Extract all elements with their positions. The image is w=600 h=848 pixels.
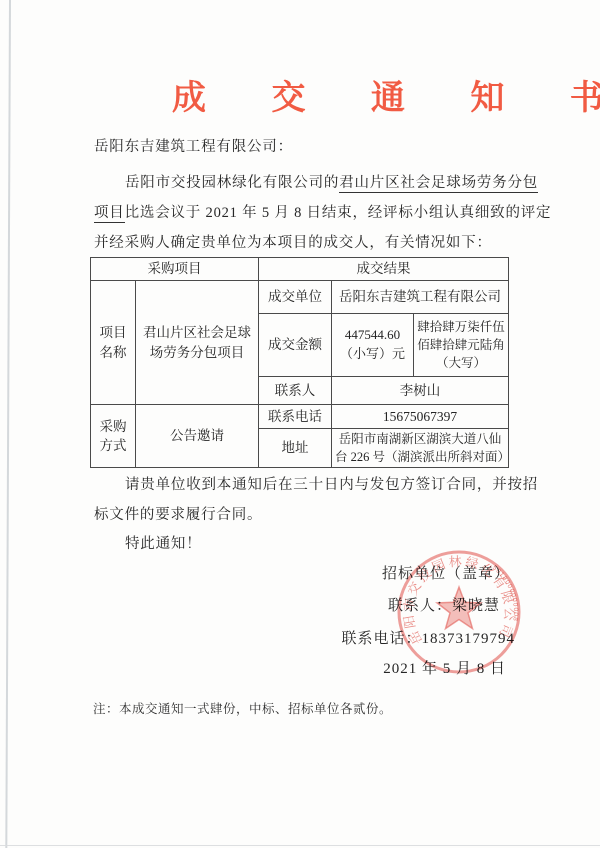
award-result-table: 采购项目 成交结果 项目名称 君山片区社会足球场劳务分包项目 成交单位 岳阳东吉… <box>90 257 509 468</box>
signature-phone-line: 联系电话：18373179794 <box>341 628 515 650</box>
method-label-cell: 采购方式 <box>91 405 136 468</box>
para2-rest: 比选会议于 2021 年 5 月 8 日结束，经评标小组认真细致的评定 <box>125 205 552 221</box>
contact-value-cell: 李树山 <box>332 377 509 405</box>
address-label-cell: 地址 <box>259 429 332 468</box>
phone-value-cell: 15675067397 <box>332 405 509 429</box>
amount-words-cell: 肆拾肆万柒仟伍佰肆拾肆元陆角（大写） <box>414 314 509 377</box>
para1-prefix: 岳阳市交投园林绿化有限公司的 <box>125 175 339 191</box>
phone-label-cell: 联系电话 <box>259 405 332 429</box>
table-row-phone: 采购方式 公告邀请 联系电话 15675067397 <box>91 405 509 429</box>
winner-value-cell: 岳阳东吉建筑工程有限公司 <box>332 281 509 314</box>
para1-underlined-project: 君山片区社会足球场劳务分包 <box>339 175 538 193</box>
scan-edge-artifact <box>5 0 11 848</box>
header-procurement-cell: 采购项目 <box>91 258 259 281</box>
para2-underlined-project: 项目 <box>94 205 125 223</box>
page-title: 成 交 通 知 书 <box>172 78 600 118</box>
closing-line-2: 标文件的要求履行合同。 <box>94 504 524 528</box>
header-result-cell: 成交结果 <box>259 258 509 281</box>
closing-line-3: 特此通知！ <box>125 533 555 557</box>
body-paragraph-line-3: 并经采购人确定贵单位为本项目的成交人，有关情况如下： <box>94 232 524 256</box>
amount-label-cell: 成交金额 <box>259 314 332 377</box>
closing-line-1: 请贵单位收到本通知后在三十日内与发包方签订合同，并按招 <box>94 474 555 498</box>
scan-bottom-artifact <box>0 845 600 846</box>
body-paragraph-line-2: 项目比选会议于 2021 年 5 月 8 日结束，经评标小组认真细致的评定 <box>94 202 524 226</box>
contact-label-cell: 联系人 <box>259 377 332 405</box>
body-paragraph-line-1: 岳阳市交投园林绿化有限公司的君山片区社会足球场劳务分包 <box>94 172 555 196</box>
signature-date-line: 2021 年 5 月 8 日 <box>383 658 506 680</box>
table-row-winner: 项目名称 君山片区社会足球场劳务分包项目 成交单位 岳阳东吉建筑工程有限公司 <box>91 281 509 314</box>
address-value-cell: 岳阳市南湖新区湖滨大道八仙台 226 号（湖滨派出所斜对面） <box>332 429 509 468</box>
signature-unit-line: 招标单位（盖章） <box>382 563 510 585</box>
document-page: 成 交 通 知 书 岳阳东吉建筑工程有限公司： 岳阳市交投园林绿化有限公司的君山… <box>0 0 600 848</box>
project-value-cell: 君山片区社会足球场劳务分包项目 <box>136 281 259 405</box>
winner-label-cell: 成交单位 <box>259 281 332 314</box>
salutation: 岳阳东吉建筑工程有限公司： <box>94 136 524 160</box>
amount-numeric-cell: 447544.60（小写）元 <box>332 314 414 377</box>
table-header-row: 采购项目 成交结果 <box>91 258 509 281</box>
signature-contact-line: 联系人：梁晓慧 <box>388 595 500 617</box>
footnote: 注：本成交通知一式肆份，中标、招标单位各贰份。 <box>93 699 392 717</box>
method-value-cell: 公告邀请 <box>136 405 259 468</box>
project-label-cell: 项目名称 <box>91 281 136 405</box>
